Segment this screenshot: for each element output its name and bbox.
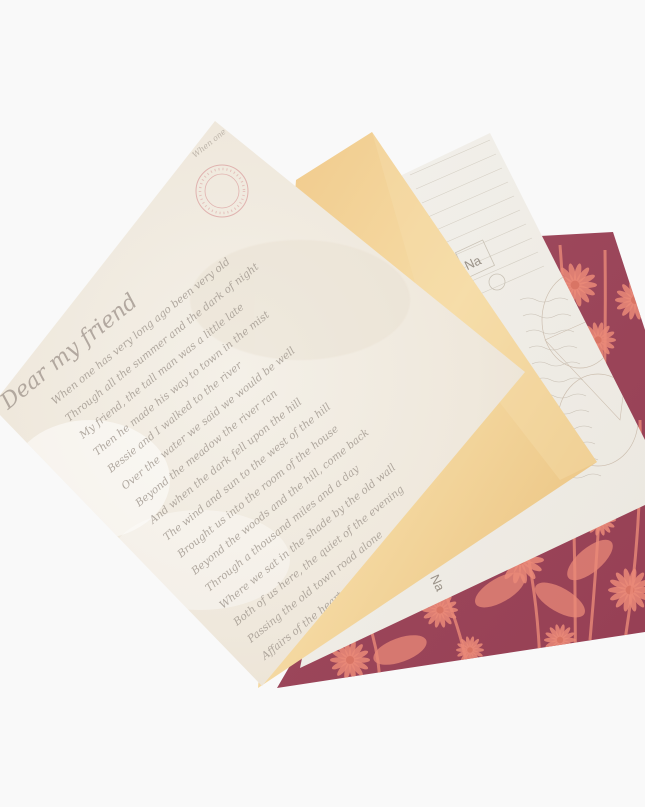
product-photo: NaNa Dear my friendWhen one has very lon… (0, 0, 645, 807)
